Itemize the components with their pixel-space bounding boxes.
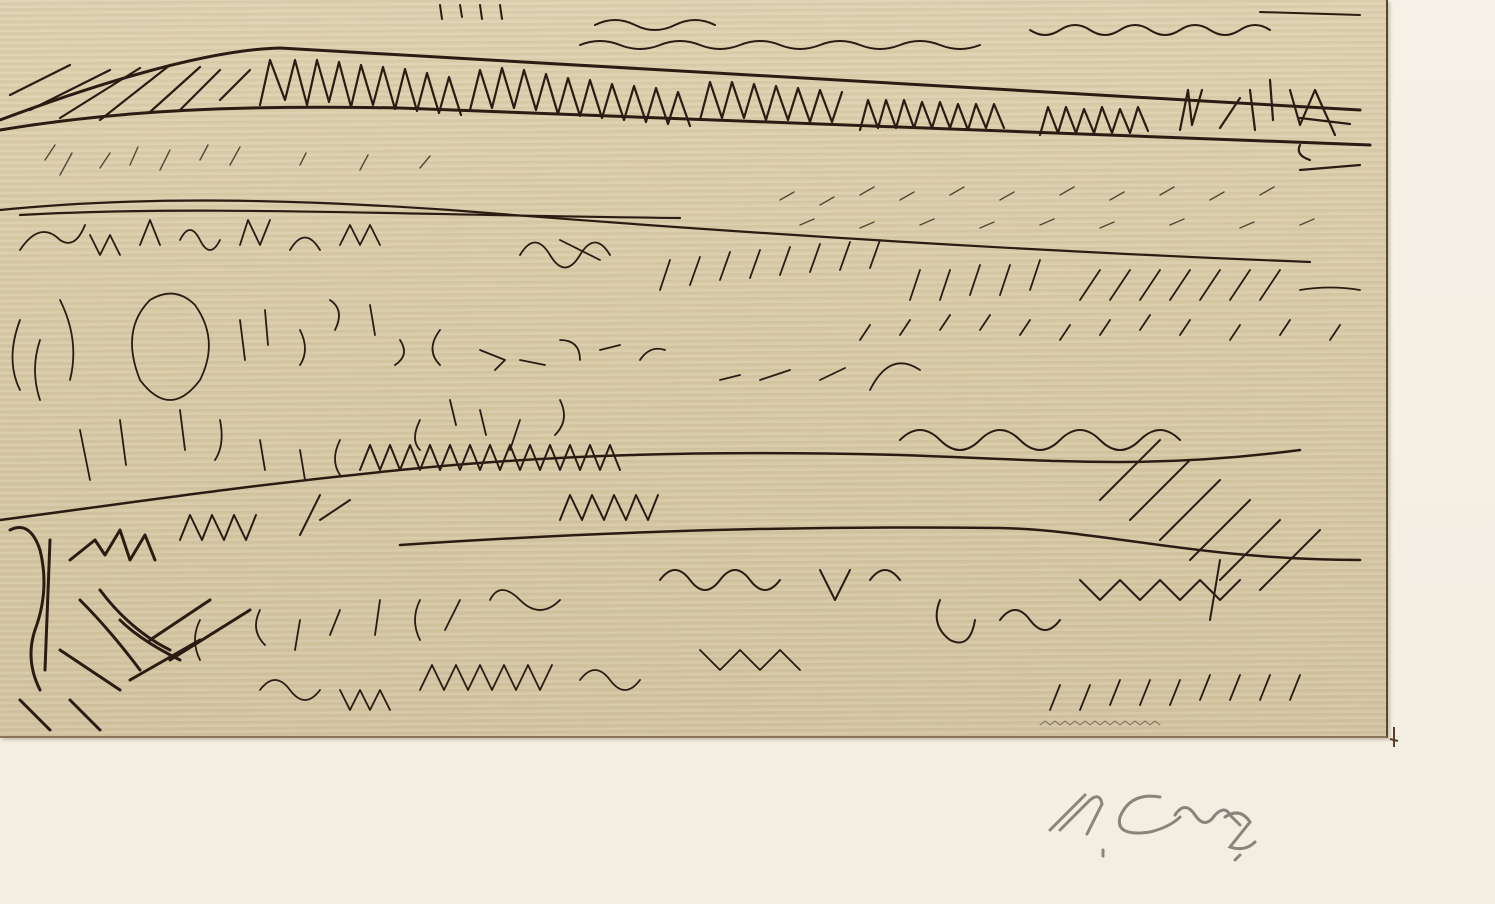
artist-signature: W. Corz xyxy=(1040,785,1280,875)
etched-landscape-lines xyxy=(0,0,1495,904)
plate-corner-mark xyxy=(1388,725,1400,750)
